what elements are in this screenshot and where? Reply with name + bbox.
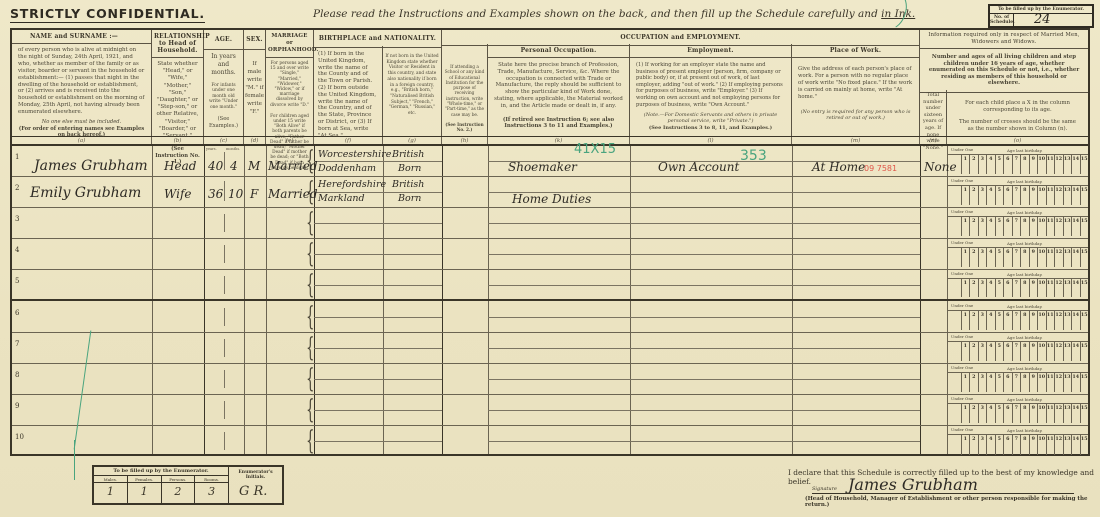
age-cell[interactable]: 5 <box>996 186 1005 205</box>
age-years-cell[interactable]: 36 <box>208 187 223 201</box>
col-c-body: In years and months. <box>204 50 243 80</box>
age-cell[interactable]: 7 <box>1013 404 1022 423</box>
age-cell[interactable]: 5 <box>996 279 1005 297</box>
age-cell[interactable]: 2 <box>970 435 979 455</box>
years-subhead: years. <box>206 147 217 151</box>
age-cell[interactable]: 6 <box>1004 435 1013 455</box>
age-cell[interactable]: 15 <box>1081 311 1089 330</box>
col-o-body2: The number of crosses should be the same… <box>947 117 1088 134</box>
children-age-grid: Under OneAge last birthday. 123456789101… <box>947 177 1088 207</box>
col-c-header: AGE. In years and months. For infants un… <box>204 30 244 136</box>
age-cell[interactable]: 5 <box>996 404 1005 423</box>
age-cell[interactable]: 9 <box>1030 435 1039 455</box>
age-cell[interactable]: 15 <box>1081 217 1089 236</box>
age-divider <box>224 152 225 170</box>
age-cell[interactable]: 8 <box>1021 311 1030 330</box>
enumerator-initials-label: Enumerator's Initials. <box>229 467 282 480</box>
sex-cell[interactable]: M <box>248 159 260 173</box>
nationality-cell[interactable]: British <box>392 179 424 190</box>
rooms-value[interactable]: 3 <box>195 483 228 501</box>
age-cell[interactable]: 13 <box>1064 155 1073 174</box>
occupation-cell[interactable]: Shoemaker <box>508 160 577 174</box>
age-cell[interactable]: 8 <box>1021 217 1030 236</box>
schedule-box-label: No. of Schedule. <box>990 14 1014 26</box>
age-cells: 123456789101112131415 <box>947 278 1088 297</box>
age-cell[interactable]: 15 <box>1081 186 1089 205</box>
employment-code: 353 <box>740 148 767 164</box>
age-cell[interactable]: 10 <box>1038 404 1047 423</box>
letter-c: (c) <box>204 137 244 144</box>
age-cell[interactable]: 4 <box>987 342 996 361</box>
age-cell[interactable]: 8 <box>1021 404 1030 423</box>
age-last-birthday-label: Age last birthday. <box>1007 428 1043 433</box>
persons-label: Persons. <box>162 476 195 483</box>
name-cell[interactable]: Emily Grubham <box>30 185 141 201</box>
age-cell-under-one[interactable] <box>947 404 962 423</box>
persons-value[interactable]: 2 <box>162 483 195 501</box>
age-cell[interactable]: 5 <box>996 342 1005 361</box>
age-cell[interactable]: 1 <box>962 279 971 297</box>
col-k-note: (If retired see Instruction 6; see also … <box>488 114 629 134</box>
age-cell[interactable]: 14 <box>1072 279 1081 297</box>
instructions-line: Please read the Instructions and Example… <box>313 8 915 20</box>
age-cell[interactable]: 6 <box>1004 373 1013 392</box>
age-cell[interactable]: 10 <box>1038 155 1047 174</box>
age-cell[interactable]: 12 <box>1055 279 1064 297</box>
age-cell[interactable]: 2 <box>970 248 979 267</box>
row-split <box>488 317 920 318</box>
under-one-label: Under One <box>951 210 973 215</box>
row-number: 9 <box>15 402 19 410</box>
age-cells: 123456789101112131415 <box>947 341 1088 361</box>
age-cell[interactable]: 5 <box>996 217 1005 236</box>
age-cell[interactable]: 3 <box>979 311 988 330</box>
age-cell[interactable]: 2 <box>970 404 979 423</box>
col-n-header: Total number under sixteen years of age.… <box>920 90 947 136</box>
sex-cell[interactable]: F <box>250 187 258 201</box>
letter-a: (a) <box>12 137 152 144</box>
age-cell[interactable]: 4 <box>987 311 996 330</box>
col-l-note2: (See Instructions 3 to 8, 11, and Exampl… <box>630 125 791 132</box>
table-row: 7Under OneAge last birthday.123456789101… <box>12 333 1088 364</box>
age-cell[interactable]: 10 <box>1038 279 1047 297</box>
age-cell[interactable]: 13 <box>1064 435 1073 455</box>
age-years-cell[interactable]: 40 <box>208 159 223 173</box>
age-cell[interactable]: 7 <box>1013 373 1022 392</box>
age-cell-under-one[interactable] <box>947 342 962 361</box>
row-split <box>314 379 442 380</box>
table-row: 4Under OneAge last birthday.123456789101… <box>12 239 1088 270</box>
age-cell[interactable]: 14 <box>1072 217 1081 236</box>
age-divider <box>224 276 225 294</box>
under-one-label: Under One <box>951 428 973 433</box>
children-age-grid: Under OneAge last birthday.1234567891011… <box>947 239 1088 269</box>
age-last-birthday-label: Age last birthday. <box>1007 335 1043 340</box>
age-cell[interactable]: 7 <box>1013 186 1022 205</box>
age-last-birthday-label: Age last birthday. <box>1007 148 1043 153</box>
age-cell[interactable]: 11 <box>1047 248 1056 267</box>
schedule-number[interactable]: 24 <box>1014 14 1092 26</box>
letter-g: (g) <box>383 137 442 144</box>
age-cell[interactable]: 13 <box>1064 373 1073 392</box>
age-months-cell[interactable]: 10 <box>228 187 243 201</box>
nationality-cell-line2[interactable]: Born <box>398 193 421 204</box>
age-cell[interactable]: 8 <box>1021 248 1030 267</box>
age-cell[interactable]: 6 <box>1004 279 1013 297</box>
rooms-label: Rooms. <box>195 476 228 483</box>
nationality-cell[interactable]: British <box>392 149 424 160</box>
age-cell[interactable]: 4 <box>987 155 996 174</box>
age-cell-under-one[interactable] <box>947 311 962 330</box>
age-cell[interactable]: 11 <box>1047 342 1056 361</box>
age-cell[interactable]: 10 <box>1038 342 1047 361</box>
age-cell[interactable]: 6 <box>1004 342 1013 361</box>
marriage-cell[interactable]: Married <box>268 187 318 201</box>
months-subhead: months. <box>226 147 240 151</box>
col-e-header: MARRIAGE or ORPHANHOOD. For persons aged… <box>266 30 314 136</box>
age-cell[interactable]: 5 <box>996 311 1005 330</box>
age-cell[interactable]: 1 <box>962 342 971 361</box>
relationship-cell[interactable]: Head <box>164 159 196 173</box>
age-cell[interactable]: 7 <box>1013 311 1022 330</box>
col-o-body: For each child place a X in the column c… <box>947 90 1088 117</box>
age-cell[interactable]: 10 <box>1038 186 1047 205</box>
age-cell[interactable]: 15 <box>1081 342 1089 361</box>
age-cell[interactable]: 8 <box>1021 186 1030 205</box>
age-cell[interactable]: 14 <box>1072 186 1081 205</box>
age-divider <box>224 370 225 388</box>
age-cell[interactable]: 13 <box>1064 186 1073 205</box>
col-c-infants: For infants under one month old write "U… <box>204 80 243 113</box>
females-label: Females. <box>128 476 161 483</box>
row-split <box>314 223 442 224</box>
signature-label: Signature <box>812 486 837 492</box>
age-cell[interactable]: 15 <box>1081 435 1089 455</box>
age-cell[interactable]: 13 <box>1064 279 1073 297</box>
age-cell[interactable]: 4 <box>987 373 996 392</box>
row-split <box>488 348 920 349</box>
col-k-header: Personal Occupation. State here the prec… <box>488 44 630 136</box>
age-cell[interactable]: 10 <box>1038 217 1047 236</box>
age-divider <box>224 214 225 232</box>
age-cell[interactable]: 9 <box>1030 373 1039 392</box>
age-cell[interactable]: 5 <box>996 155 1005 174</box>
age-cell-under-one[interactable] <box>947 435 962 455</box>
col-h-header: If attending a School or any kind of Edu… <box>442 44 488 136</box>
age-cell[interactable]: 11 <box>1047 279 1056 297</box>
col-a-note: No one else must be included. <box>12 119 151 126</box>
age-cell[interactable]: 7 <box>1013 217 1022 236</box>
relationship-cell[interactable]: Wife <box>164 187 192 201</box>
age-cell[interactable]: 9 <box>1030 248 1039 267</box>
row-split <box>488 254 920 255</box>
age-cell[interactable]: 3 <box>979 373 988 392</box>
age-cell[interactable]: 3 <box>979 342 988 361</box>
row-split <box>314 254 442 255</box>
age-cell[interactable]: 15 <box>1081 404 1089 423</box>
age-cell[interactable]: 2 <box>970 342 979 361</box>
age-cell[interactable]: 5 <box>996 373 1005 392</box>
col-m-note: (No entry is required for any person who… <box>792 109 919 121</box>
age-cells: 123456789101112131415 <box>947 216 1088 236</box>
col-l-header: Employment. (1) If working for an employ… <box>630 44 792 136</box>
age-divider <box>224 401 225 419</box>
row-split <box>314 317 442 318</box>
col-h-note: (See Instruction No. 2.) <box>442 119 487 136</box>
age-cell-under-one[interactable] <box>947 248 962 267</box>
age-cell-under-one[interactable] <box>947 186 962 205</box>
age-cell[interactable]: 6 <box>1004 311 1013 330</box>
col-l-body: (1) If working for an employer state the… <box>630 58 791 112</box>
age-cell[interactable]: 7 <box>1013 248 1022 267</box>
children-age-grid: Under OneAge last birthday.1234567891011… <box>947 333 1088 363</box>
age-cell[interactable]: 9 <box>1030 342 1039 361</box>
instructions-text: Please read the Instructions and Example… <box>313 8 881 20</box>
age-divider <box>224 432 225 450</box>
age-cell[interactable]: 11 <box>1047 217 1056 236</box>
age-cell[interactable]: 9 <box>1030 186 1039 205</box>
age-cell[interactable]: 3 <box>979 435 988 455</box>
age-cell-under-one[interactable] <box>947 279 962 297</box>
age-cell[interactable]: 8 <box>1021 155 1030 174</box>
birthplace-town-cell[interactable]: Markland <box>318 193 365 204</box>
age-cell[interactable]: 4 <box>987 186 996 205</box>
row-number: 7 <box>15 340 19 348</box>
col-f-body: (1) If born in the United Kingdom, write… <box>314 46 382 144</box>
age-cell[interactable]: 3 <box>979 217 988 236</box>
age-cell-under-one[interactable] <box>947 155 962 174</box>
age-cell[interactable]: 2 <box>970 186 979 205</box>
age-cell[interactable]: 10 <box>1038 373 1047 392</box>
age-cell[interactable]: 12 <box>1055 155 1064 174</box>
age-cell[interactable]: 1 <box>962 217 971 236</box>
age-cell[interactable]: 2 <box>970 311 979 330</box>
letter-h: (h) <box>442 137 488 144</box>
age-cell[interactable]: 8 <box>1021 279 1030 297</box>
age-cell[interactable]: 6 <box>1004 248 1013 267</box>
age-cell-under-one[interactable] <box>947 373 962 392</box>
col-g-header: If not born in the United Kingdom state … <box>383 46 441 136</box>
place-of-work-cell[interactable]: At Home <box>812 160 865 174</box>
children-group-body: Number and ages of all living children a… <box>920 49 1088 93</box>
age-cell[interactable]: 3 <box>979 186 988 205</box>
age-divider <box>224 308 225 326</box>
age-cell[interactable]: 10 <box>1038 311 1047 330</box>
age-cell[interactable]: 3 <box>979 279 988 297</box>
children-age-grid: Under OneAge last birthday.1234567891011… <box>947 364 1088 394</box>
occupation-cell[interactable]: Home Duties <box>512 192 591 206</box>
age-cell[interactable]: 2 <box>970 373 979 392</box>
age-cell[interactable]: 11 <box>1047 404 1056 423</box>
age-months-cell[interactable]: 4 <box>230 159 238 173</box>
marriage-cell[interactable]: Married <box>268 159 318 173</box>
age-cell[interactable]: 1 <box>962 311 971 330</box>
col-a-body: of every person who is alive at midnight… <box>12 44 151 119</box>
age-cell[interactable]: 7 <box>1013 155 1022 174</box>
enumerator-box: To be filled up by the Enumerator. Males… <box>92 465 284 505</box>
employment-cell[interactable]: Own Account <box>658 160 739 174</box>
age-cell[interactable]: 13 <box>1064 248 1073 267</box>
age-divider <box>224 181 225 201</box>
age-cell[interactable]: 6 <box>1004 404 1013 423</box>
age-cell[interactable]: 15 <box>1081 373 1089 392</box>
age-cell[interactable]: 1 <box>962 435 971 455</box>
signature-value[interactable]: James Grubham <box>848 475 978 494</box>
age-cell[interactable]: 5 <box>996 435 1005 455</box>
age-cell[interactable]: 12 <box>1055 404 1064 423</box>
row-split <box>314 410 442 411</box>
age-cell[interactable]: 4 <box>987 279 996 297</box>
age-cell[interactable]: 13 <box>1064 311 1073 330</box>
age-cell[interactable]: 1 <box>962 248 971 267</box>
col-o-header: For each child place a X in the column c… <box>947 90 1088 136</box>
row-split <box>488 379 920 380</box>
age-cell[interactable]: 6 <box>1004 186 1013 205</box>
age-cell[interactable]: 12 <box>1055 342 1064 361</box>
age-cell[interactable]: 10 <box>1038 248 1047 267</box>
age-last-birthday-label: Age last birthday. <box>1007 210 1043 215</box>
age-cell[interactable]: 9 <box>1030 311 1039 330</box>
age-cell[interactable]: 1 <box>962 186 971 205</box>
letter-n: (n) <box>920 137 947 144</box>
nationality-cell-line2[interactable]: Born <box>398 163 421 174</box>
age-cell[interactable]: 8 <box>1021 342 1030 361</box>
age-cell[interactable]: 14 <box>1072 248 1081 267</box>
age-cell[interactable]: 14 <box>1072 155 1081 174</box>
age-cell[interactable]: 11 <box>1047 311 1056 330</box>
col-k-body: State here the precise branch of Profess… <box>488 58 629 114</box>
age-cell[interactable]: 9 <box>1030 155 1039 174</box>
age-cell[interactable]: 12 <box>1055 217 1064 236</box>
age-cell-under-one[interactable] <box>947 217 962 236</box>
census-schedule-page: STRICTLY CONFIDENTIAL. Please read the I… <box>0 0 1100 517</box>
age-cell[interactable]: 1 <box>962 155 971 174</box>
birthplace-county-cell[interactable]: Worcestershire <box>318 149 391 160</box>
age-cell[interactable]: 14 <box>1072 435 1081 455</box>
age-cell[interactable]: 6 <box>1004 155 1013 174</box>
row-number: 1 <box>15 153 19 161</box>
col-e-body: For persons aged 15 and over write "Sing… <box>266 58 313 111</box>
age-cell[interactable]: 9 <box>1030 279 1039 297</box>
age-cell[interactable]: 4 <box>987 404 996 423</box>
age-last-birthday-label: Age last birthday. <box>1007 397 1043 402</box>
letter-d: (d) <box>244 137 266 144</box>
age-cell[interactable]: 6 <box>1004 217 1013 236</box>
age-cells: 123456789101112131415 <box>947 403 1088 423</box>
age-cell[interactable]: 2 <box>970 217 979 236</box>
age-cell[interactable]: 12 <box>1055 435 1064 455</box>
age-cell[interactable]: 12 <box>1055 311 1064 330</box>
age-cell[interactable]: 11 <box>1047 186 1056 205</box>
col-m-body: Give the address of each person's place … <box>792 58 919 109</box>
age-cell[interactable]: 7 <box>1013 342 1022 361</box>
age-cells: 123456789101112131415 <box>947 185 1088 205</box>
age-cell[interactable]: 4 <box>987 217 996 236</box>
enumerator-box-title: To be filled up by the Enumerator. <box>94 467 228 476</box>
age-cell[interactable]: 3 <box>979 248 988 267</box>
col-c-title: AGE. <box>204 30 243 50</box>
age-cell[interactable]: 9 <box>1030 404 1039 423</box>
age-cell[interactable]: 12 <box>1055 373 1064 392</box>
age-cell[interactable]: 13 <box>1064 342 1073 361</box>
age-cell[interactable]: 15 <box>1081 279 1089 297</box>
age-cell[interactable]: 5 <box>996 248 1005 267</box>
age-last-birthday-label: Age last birthday. <box>1007 179 1043 184</box>
age-cells: 123456789101112131415 <box>947 310 1088 330</box>
age-cell[interactable]: 2 <box>970 155 979 174</box>
age-cell[interactable]: 7 <box>1013 279 1022 297</box>
married-group-title: Information required only in respect of … <box>920 30 1088 49</box>
table-row: 9Under OneAge last birthday.123456789101… <box>12 395 1088 426</box>
age-cell[interactable]: 11 <box>1047 435 1056 455</box>
age-cell[interactable]: 13 <box>1064 217 1073 236</box>
age-cells: 123456789101112131415 <box>947 434 1088 455</box>
name-cell[interactable]: James Grubham <box>34 158 148 174</box>
row-number: 4 <box>15 246 19 254</box>
enumerator-initials-value[interactable]: G R. <box>229 480 282 504</box>
table-row: 5Under OneAge last birthday.123456789101… <box>12 270 1088 301</box>
table-header: NAME and SURNAME :— of every person who … <box>12 30 1088 137</box>
col-e-title: MARRIAGE or ORPHANHOOD. <box>266 30 313 58</box>
age-cell[interactable]: 15 <box>1081 248 1089 267</box>
age-cell[interactable]: 14 <box>1072 342 1081 361</box>
age-last-birthday-label: Age last birthday. <box>1007 366 1043 371</box>
children-age-grid: Under OneAge last birthday.1234567891011… <box>947 426 1088 457</box>
age-cell[interactable]: 14 <box>1072 404 1081 423</box>
age-cell[interactable]: 11 <box>1047 155 1056 174</box>
table-row: 6Under OneAge last birthday.123456789101… <box>12 302 1088 333</box>
age-cell[interactable]: 10 <box>1038 435 1047 455</box>
age-cell[interactable]: 1 <box>962 404 971 423</box>
birthplace-county-cell[interactable]: Herefordshire <box>318 179 386 190</box>
row-number: 6 <box>15 309 19 317</box>
age-cell[interactable]: 13 <box>1064 404 1073 423</box>
col-l-title: Employment. <box>630 44 791 58</box>
age-cell[interactable]: 2 <box>970 279 979 297</box>
age-cell[interactable]: 1 <box>962 373 971 392</box>
age-cell[interactable]: 8 <box>1021 435 1030 455</box>
row-split <box>488 410 920 411</box>
row-split <box>314 285 442 286</box>
children-age-grid: Under OneAge last birthday. 123456789101… <box>947 146 1088 176</box>
age-cell[interactable]: 8 <box>1021 373 1030 392</box>
census-table: NAME and SURNAME :— of every person who … <box>10 28 1090 456</box>
age-cell[interactable]: 9 <box>1030 217 1039 236</box>
males-label: Males. <box>94 476 127 483</box>
age-cell[interactable]: 12 <box>1055 248 1064 267</box>
under-one-label: Under One <box>951 335 973 340</box>
age-cell[interactable]: 11 <box>1047 373 1056 392</box>
age-cell[interactable]: 7 <box>1013 435 1022 455</box>
birthplace-town-cell[interactable]: Doddenham <box>318 163 376 174</box>
age-cell[interactable]: 12 <box>1055 186 1064 205</box>
age-cell[interactable]: 15 <box>1081 155 1089 174</box>
age-cell[interactable]: 3 <box>979 404 988 423</box>
age-cell[interactable]: 4 <box>987 248 996 267</box>
age-last-birthday-label: Age last birthday. <box>1007 241 1043 246</box>
age-cell[interactable]: 14 <box>1072 373 1081 392</box>
col-a-title: NAME and SURNAME :— <box>12 30 151 44</box>
age-cell[interactable]: 3 <box>979 155 988 174</box>
males-value[interactable]: 1 <box>94 483 127 501</box>
under-one-label: Under One <box>951 272 973 277</box>
age-cell[interactable]: 14 <box>1072 311 1081 330</box>
children-age-grid: Under OneAge last birthday.1234567891011… <box>947 208 1088 238</box>
table-row: 8Under OneAge last birthday.123456789101… <box>12 364 1088 395</box>
row-split <box>488 285 920 286</box>
age-cell[interactable]: 4 <box>987 435 996 455</box>
females-value[interactable]: 1 <box>128 483 161 501</box>
